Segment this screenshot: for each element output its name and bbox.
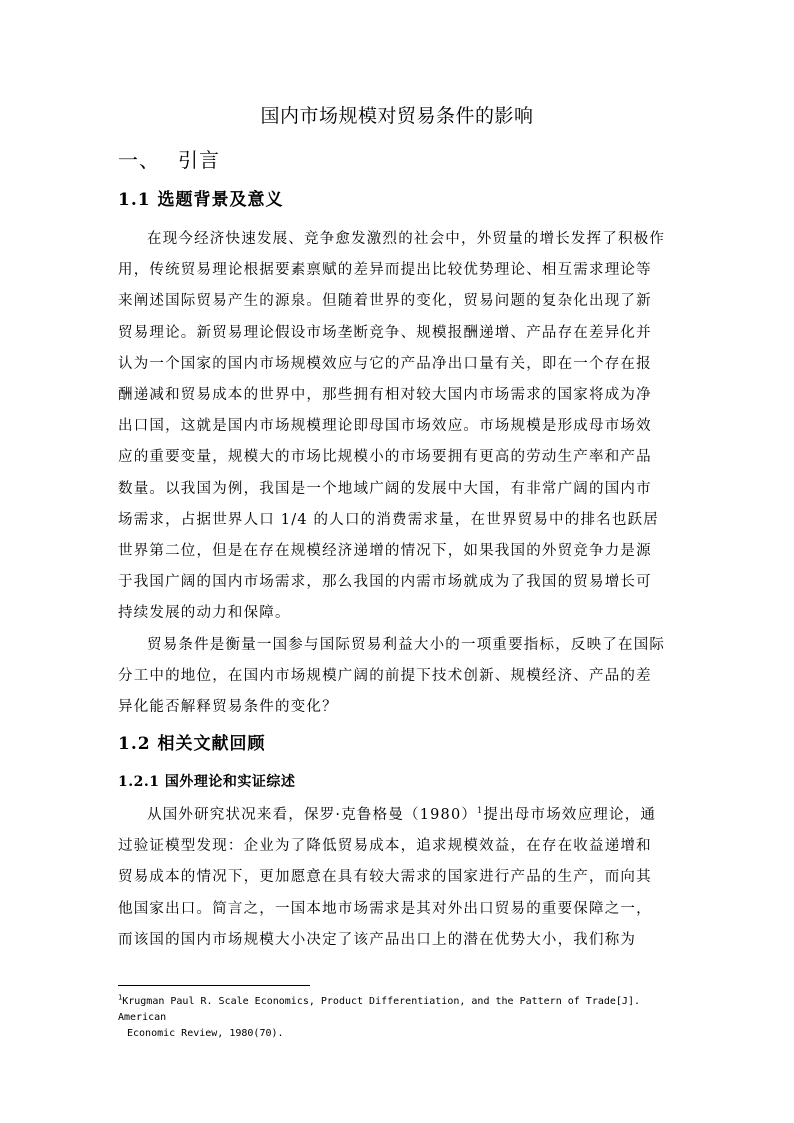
paragraph-line: 过验证模型发现：企业为了降低贸易成本，追求规模效益，在存在收益递增和 bbox=[118, 831, 674, 862]
paragraph-line: 来阐述国际贸易产生的源泉。但随着世界的变化，贸易问题的复杂化出现了新 bbox=[118, 286, 674, 317]
footnote-text: Krugman Paul R. Scale Economics, Product… bbox=[118, 996, 640, 1023]
paragraph-line: 贸易理论。新贸易理论假设市场垄断竞争、规模报酬递增、产品存在差异化并 bbox=[118, 318, 674, 349]
footnote-separator bbox=[118, 985, 310, 986]
paragraph-text: 提出母市场效应理论，通 bbox=[483, 807, 656, 823]
paragraph-line: 分工中的地位，在国内市场规模广阔的前提下技术创新、规模经济、产品的差 bbox=[118, 661, 674, 692]
paragraph-line: 而该国的国内市场规模大小决定了该产品出口上的潜在优势大小，我们称为 bbox=[118, 925, 674, 956]
paragraph-line: 用，传统贸易理论根据要素禀赋的差异而提出比较优势理论、相互需求理论等 bbox=[118, 255, 674, 286]
section-heading-1-2: 1.2 相关文献回顾 bbox=[118, 733, 266, 755]
paragraph-terms-of-trade: 贸易条件是衡量一国参与国际贸易利益大小的一项重要指标，反映了在国际 分工中的地位… bbox=[118, 630, 674, 724]
chapter-number: 一、 bbox=[118, 147, 178, 173]
paragraph-line: 数量。以我国为例，我国是一个地域广阔的发展中大国，有非常广阔的国内市 bbox=[118, 474, 674, 505]
footnote: 1Krugman Paul R. Scale Economics, Produc… bbox=[118, 994, 678, 1042]
paragraph-foreign-research: 从国外研究状况来看，保罗·克鲁格曼（1980）1提出母市场效应理论，通 过验证模… bbox=[118, 800, 674, 956]
paragraph-line: 持续发展的动力和保障。 bbox=[118, 598, 674, 629]
paragraph-line: 贸易条件是衡量一国参与国际贸易利益大小的一项重要指标，反映了在国际 bbox=[118, 630, 674, 661]
paragraph-line: 从国外研究状况来看，保罗·克鲁格曼（1980）1提出母市场效应理论，通 bbox=[118, 800, 674, 831]
footnote-text-continued: Economic Review, 1980(70). bbox=[118, 1026, 678, 1042]
paragraph-line: 贸易成本的情况下，更加愿意在具有较大需求的国家进行产品的生产，而向其 bbox=[118, 862, 674, 893]
paragraph-line: 酬递减和贸易成本的世界中，那些拥有相对较大国内市场需求的国家将成为净 bbox=[118, 380, 674, 411]
document-page: 国内市场规模对贸易条件的影响 一、引言 1.1 选题背景及意义 在现今经济快速发… bbox=[0, 0, 794, 1123]
paragraph-line: 于我国广阔的国内市场需求，那么我国的内需市场就成为了我国的贸易增长可 bbox=[118, 567, 674, 598]
paragraph-line: 认为一个国家的国内市场规模效应与它的产品净出口量有关，即在一个存在报 bbox=[118, 349, 674, 380]
paragraph-text: 从国外研究状况来看，保罗·克鲁格曼（1980） bbox=[147, 807, 477, 823]
document-title: 国内市场规模对贸易条件的影响 bbox=[0, 104, 794, 128]
paragraph-background: 在现今经济快速发展、竞争愈发激烈的社会中，外贸量的增长发挥了积极作 用，传统贸易… bbox=[118, 224, 674, 630]
section-heading-1-1: 1.1 选题背景及意义 bbox=[118, 189, 284, 211]
paragraph-line: 应的重要变量，规模大的市场比规模小的市场要拥有更高的劳动生产率和产品 bbox=[118, 442, 674, 473]
paragraph-line: 出口国，这就是国内市场规模理论即母国市场效应。市场规模是形成母市场效 bbox=[118, 411, 674, 442]
chapter-heading: 一、引言 bbox=[118, 147, 220, 173]
paragraph-line: 世界第二位，但是在存在规模经济递增的情况下，如果我国的外贸竞争力是源 bbox=[118, 536, 674, 567]
paragraph-line: 在现今经济快速发展、竞争愈发激烈的社会中，外贸量的增长发挥了积极作 bbox=[118, 224, 674, 255]
paragraph-line: 他国家出口。简言之，一国本地市场需求是其对外出口贸易的重要保障之一， bbox=[118, 894, 674, 925]
chapter-title: 引言 bbox=[178, 148, 220, 172]
section-heading-1-2-1: 1.2.1 国外理论和实证综述 bbox=[118, 772, 295, 792]
paragraph-line: 异化能否解释贸易条件的变化？ bbox=[118, 692, 674, 723]
paragraph-line: 场需求，占据世界人口 1/4 的人口的消费需求量，在世界贸易中的排名也跃居 bbox=[118, 505, 674, 536]
